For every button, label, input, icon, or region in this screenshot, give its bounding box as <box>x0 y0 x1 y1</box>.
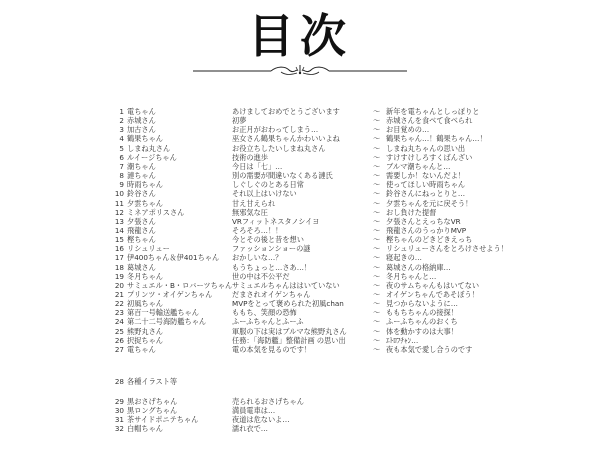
chapter-title: あけましておめでとうございます <box>232 107 340 116</box>
chapter-character: ミネアポリスさん <box>127 208 184 217</box>
chapter-title: ももち、笑顔の恐怖 <box>232 308 297 317</box>
tilde-separator: ～ <box>373 299 380 308</box>
tilde-separator: ～ <box>373 162 380 171</box>
chapter-title: 世の中は不公平だ <box>232 272 290 281</box>
chapter-title: 別の需要が間違いなくある漣氏 <box>232 171 333 180</box>
list-item: 16リシュリューファッションショーの謎～リシュリューさんをとろけさせよう！ <box>0 244 600 253</box>
chapter-number: 20 <box>110 281 124 290</box>
chapter-title: VRフィットネスタノシイヨ <box>232 217 319 226</box>
chapter-character: 初風ちゃん <box>127 299 163 308</box>
chapter-subtitle: 使ってほしい時雨ちゃん <box>386 180 465 189</box>
page-title: 目次 <box>0 8 600 64</box>
tilde-separator: ～ <box>373 308 380 317</box>
chapter-character: 熊野丸さん <box>127 327 163 336</box>
chapter-number: 14 <box>110 226 124 235</box>
list-item: 25熊野丸さん軍服の下は実はブルマな熊野丸さん～体を動かすのは大事！ <box>0 327 600 336</box>
tilde-separator: ～ <box>373 290 380 299</box>
chapter-subtitle: 夕雲ちゃんを元に戻そう！ <box>386 199 472 208</box>
chapter-subtitle: 見つからないように… <box>386 299 458 308</box>
tilde-separator: ～ <box>373 327 380 336</box>
chapter-number: 7 <box>110 162 124 171</box>
ornament-divider-icon <box>193 63 407 79</box>
tilde-separator: ～ <box>373 134 380 143</box>
tilde-separator: ～ <box>373 226 380 235</box>
chapter-subtitle: お目覚めの… <box>386 125 429 134</box>
chapter-character: 葛城さん <box>127 263 156 272</box>
list-item: 22初風ちゃんMVPをとって褒められた初風chan～見つからないように… <box>0 299 600 308</box>
chapter-character: サミュエル・B・ロバーツちゃん <box>127 281 232 290</box>
chapter-number: 13 <box>110 217 124 226</box>
list-item: 18葛城さんもうちょっと…さあ…！～葛城さんの格納庫… <box>0 263 600 272</box>
chapter-subtitle: オイゲンちゃんであそぼう！ <box>386 290 479 299</box>
chapter-subtitle: 赤城さんを食べて食べられ <box>386 116 472 125</box>
chapter-title: そろそろ…！！ <box>232 226 282 235</box>
tilde-separator: ～ <box>373 199 380 208</box>
list-item: 28各種イラスト等 <box>0 377 600 386</box>
chapter-number: 32 <box>110 424 124 433</box>
chapter-title: MVPをとって褒められた初風chan <box>232 299 344 308</box>
chapter-number: 31 <box>110 415 124 424</box>
chapter-number: 2 <box>110 116 124 125</box>
chapter-number: 21 <box>110 290 124 299</box>
list-item: 14飛龍さんそろそろ…！！～飛龍さんのうっかりMVP <box>0 226 600 235</box>
tilde-separator: ～ <box>373 281 380 290</box>
chapter-subtitle: 夕張さんとえっちなVR <box>386 217 461 226</box>
chapter-subtitle: 葛城さんの格納庫… <box>386 263 451 272</box>
tilde-separator: ～ <box>373 153 380 162</box>
chapter-character: 鈴谷さん <box>127 189 156 198</box>
chapter-title: 軍服の下は実はブルマな熊野丸さん <box>232 327 347 336</box>
tilde-separator: ～ <box>373 217 380 226</box>
chapter-subtitle: 夜も本気で愛し合うのです <box>386 345 472 354</box>
chapter-subtitle: リシュリューさんをとろけさせよう！ <box>386 244 508 253</box>
chapter-character: 漣ちゃん <box>127 171 156 180</box>
tilde-separator: ～ <box>373 336 380 345</box>
chapter-number: 8 <box>110 171 124 180</box>
chapter-subtitle: 新年を電ちゃんとしっぽりと <box>386 107 479 116</box>
chapter-character: 時雨ちゃん <box>127 180 163 189</box>
tilde-separator: ～ <box>373 189 380 198</box>
chapter-number: 17 <box>110 253 124 262</box>
chapter-subtitle: おし負けた提督 <box>386 208 436 217</box>
chapter-character: リシュリュー <box>127 244 170 253</box>
list-item: 31茶サイドポニテちゃん夜道は危ないよ… <box>0 415 600 424</box>
chapter-title: 技術の進歩 <box>232 153 268 162</box>
chapter-character: プリンツ・オイゲンちゃん <box>127 290 212 299</box>
tilde-separator: ～ <box>373 345 380 354</box>
chapter-number: 28 <box>110 377 124 386</box>
chapter-character: 白帽ちゃん <box>127 424 163 433</box>
chapter-subtitle: ブルマ潮ちゃんと… <box>386 162 450 171</box>
chapter-title: ふーふちゃんとふーふ <box>232 317 304 326</box>
tilde-separator: ～ <box>373 208 380 217</box>
list-item: 27電ちゃん電の本気を見るのです！～夜も本気で愛し合うのです <box>0 345 600 354</box>
chapter-number: 15 <box>110 235 124 244</box>
chapter-number: 3 <box>110 125 124 134</box>
list-item: 30黒ロングちゃん満員電車は… <box>0 406 600 415</box>
tilde-separator: ～ <box>373 235 380 244</box>
tilde-separator: ～ <box>373 125 380 134</box>
list-item: 13夕張さんVRフィットネスタノシイヨ～夕張さんとえっちなVR <box>0 217 600 226</box>
chapter-character: 黒ロングちゃん <box>127 406 177 415</box>
list-item: 21プリンツ・オイゲンちゃんだまされオイゲンちゃん～オイゲンちゃんであそぼう！ <box>0 290 600 299</box>
chapter-character: 第二十二号海防艦ちゃん <box>127 317 206 326</box>
list-item: 7潮ちゃん今日は「七」…～ブルマ潮ちゃんと… <box>0 162 600 171</box>
chapter-character: 電ちゃん <box>127 107 156 116</box>
chapter-character: 黒おさげちゃん <box>127 397 177 406</box>
tilde-separator: ～ <box>373 107 380 116</box>
chapter-title: サミュエルちゃんははいていない <box>232 281 340 290</box>
chapter-character: 夕雲ちゃん <box>127 199 163 208</box>
chapter-title: お役立ちしたいしまね丸さん <box>232 144 325 153</box>
chapter-title: それ以上はいけない <box>232 189 297 198</box>
chapter-character: ルイージちゃん <box>127 153 177 162</box>
list-item: 1電ちゃんあけましておめでとうございます～新年を電ちゃんとしっぽりと <box>0 107 600 116</box>
list-item: 3加古さんお正月がおわってしまう…～お目覚めの… <box>0 125 600 134</box>
chapter-title: 甘え甘えられ <box>232 199 275 208</box>
chapter-character: 鶴果ちゃん <box>127 134 163 143</box>
chapter-character: 冬月ちゃん <box>127 272 163 281</box>
chapter-number: 5 <box>110 144 124 153</box>
chapter-character: 加古さん <box>127 125 156 134</box>
list-item: 6ルイージちゃん技術の進歩～すけすけしろすくばんざい <box>0 153 600 162</box>
chapter-title: 満員電車は… <box>232 406 275 415</box>
chapter-character: 飛龍さん <box>127 226 156 235</box>
chapter-number: 24 <box>110 317 124 326</box>
chapter-title: 今とその後と昔を想い <box>232 235 304 244</box>
chapter-subtitle: 鈴谷さんにねっとりと… <box>386 189 465 198</box>
chapter-number: 19 <box>110 272 124 281</box>
chapter-subtitle: 飛龍さんのうっかりMVP <box>386 226 466 235</box>
tilde-separator: ～ <box>373 171 380 180</box>
chapter-number: 16 <box>110 244 124 253</box>
tilde-separator: ～ <box>373 116 380 125</box>
list-item: 26択捉ちゃん任務：「海防艦」整備計画 の思い出～ｴﾄﾛﾌﾁｬﾝ… <box>0 336 600 345</box>
chapter-title: お正月がおわってしまう… <box>232 125 318 134</box>
chapter-title: 初夢 <box>232 116 246 125</box>
chapter-number: 25 <box>110 327 124 336</box>
chapter-character: 潮ちゃん <box>127 162 156 171</box>
chapter-number: 26 <box>110 336 124 345</box>
chapter-number: 4 <box>110 134 124 143</box>
chapter-subtitle: 鶴果ちゃん…！鶴果ちゃん…！ <box>386 134 487 143</box>
chapter-character: 択捉ちゃん <box>127 336 163 345</box>
chapter-character: 第百一号輸送艦ちゃん <box>127 308 199 317</box>
chapter-title: 今日は「七」… <box>232 162 282 171</box>
chapter-number: 30 <box>110 406 124 415</box>
chapter-number: 6 <box>110 153 124 162</box>
list-item: 29黒おさげちゃん売られるおさげちゃん <box>0 397 600 406</box>
chapter-character: しまね丸さん <box>127 144 170 153</box>
chapter-number: 18 <box>110 263 124 272</box>
chapter-number: 12 <box>110 208 124 217</box>
chapter-number: 22 <box>110 299 124 308</box>
chapter-number: 27 <box>110 345 124 354</box>
list-item: 4鶴果ちゃん巫女さん鶴果ちゃんかわいいよね～鶴果ちゃん…！鶴果ちゃん…！ <box>0 134 600 143</box>
list-item: 5しまね丸さんお役立ちしたいしまね丸さん～しまね丸ちゃんの思い出 <box>0 144 600 153</box>
list-item: 24第二十二号海防艦ちゃんふーふちゃんとふーふ～ふーふちゃんのおくち <box>0 317 600 326</box>
tilde-separator: ～ <box>373 317 380 326</box>
chapter-title: ファッションショーの謎 <box>232 244 310 253</box>
chapter-number: 29 <box>110 397 124 406</box>
chapter-subtitle: すけすけしろすくばんざい <box>386 153 472 162</box>
chapter-subtitle: 需要しか！ないんだよ！ <box>386 171 465 180</box>
chapter-title: 巫女さん鶴果ちゃんかわいいよね <box>232 134 340 143</box>
tilde-separator: ～ <box>373 180 380 189</box>
list-item: 32白帽ちゃん濡れ衣で… <box>0 424 600 433</box>
chapter-subtitle: ふーふちゃんのおくち <box>386 317 458 326</box>
list-item: 17伊400ちゃん＆伊401ちゃんおかしいな…？～寝起きの… <box>0 253 600 262</box>
chapter-character: 夕張さん <box>127 217 156 226</box>
chapter-subtitle: 冬月ちゃんと… <box>386 272 436 281</box>
chapter-number: 23 <box>110 308 124 317</box>
chapter-number: 10 <box>110 189 124 198</box>
tilde-separator: ～ <box>373 263 380 272</box>
chapter-title: 売られるおさげちゃん <box>232 397 304 406</box>
chapter-character: 茶サイドポニテちゃん <box>127 415 198 424</box>
tilde-separator: ～ <box>373 144 380 153</box>
chapter-title: しぐしぐのとある日常 <box>232 180 304 189</box>
list-item: 20サミュエル・B・ロバーツちゃんサミュエルちゃんははいていない～夜のサムちゃん… <box>0 281 600 290</box>
chapter-title: おかしいな…？ <box>232 253 282 262</box>
list-item: 19冬月ちゃん世の中は不公平だ～冬月ちゃんと… <box>0 272 600 281</box>
chapter-title: 電の本気を見るのです！ <box>232 345 311 354</box>
list-item: 8漣ちゃん別の需要が間違いなくある漣氏～需要しか！ないんだよ！ <box>0 171 600 180</box>
list-item: 12ミネアポリスさん無邪気な圧～おし負けた提督 <box>0 208 600 217</box>
chapter-title: 濡れ衣で… <box>232 424 268 433</box>
chapter-subtitle: ｴﾄﾛﾌﾁｬﾝ… <box>386 336 418 345</box>
tilde-separator: ～ <box>373 244 380 253</box>
chapter-subtitle: 樫ちゃんのどきどきえっち <box>386 235 472 244</box>
chapter-title: 任務：「海防艦」整備計画 の思い出 <box>232 336 346 345</box>
chapter-title: もうちょっと…さあ…！ <box>232 263 311 272</box>
chapter-subtitle: 寝起きの… <box>386 253 422 262</box>
chapter-title: 夜道は危ないよ… <box>232 415 290 424</box>
list-item: 15樫ちゃん今とその後と昔を想い～樫ちゃんのどきどきえっち <box>0 235 600 244</box>
list-item: 10鈴谷さんそれ以上はいけない～鈴谷さんにねっとりと… <box>0 189 600 198</box>
chapter-character: 赤城さん <box>127 116 156 125</box>
list-item: 23第百一号輸送艦ちゃんももち、笑顔の恐怖～ももちちゃんの接探！ <box>0 308 600 317</box>
chapter-title: 無邪気な圧 <box>232 208 268 217</box>
list-item: 9時雨ちゃんしぐしぐのとある日常～使ってほしい時雨ちゃん <box>0 180 600 189</box>
chapter-number: 1 <box>110 107 124 116</box>
list-item: 11夕雲ちゃん甘え甘えられ～夕雲ちゃんを元に戻そう！ <box>0 199 600 208</box>
chapter-number: 11 <box>110 199 124 208</box>
chapter-subtitle: ももちちゃんの接探！ <box>386 308 458 317</box>
tilde-separator: ～ <box>373 253 380 262</box>
chapter-subtitle: 体を動かすのは大事！ <box>386 327 458 336</box>
chapter-character: 樫ちゃん <box>127 235 156 244</box>
list-item: 2赤城さん初夢～赤城さんを食べて食べられ <box>0 116 600 125</box>
chapter-subtitle: しまね丸ちゃんの思い出 <box>386 144 465 153</box>
chapter-character: 伊400ちゃん＆伊401ちゃん <box>127 253 219 262</box>
chapter-subtitle: 夜のサムちゃんもはいてない <box>386 281 479 290</box>
chapter-title: だまされオイゲンちゃん <box>232 290 310 299</box>
chapter-number: 9 <box>110 180 124 189</box>
chapter-character: 各種イラスト等 <box>127 377 177 386</box>
tilde-separator: ～ <box>373 272 380 281</box>
chapter-character: 電ちゃん <box>127 345 156 354</box>
